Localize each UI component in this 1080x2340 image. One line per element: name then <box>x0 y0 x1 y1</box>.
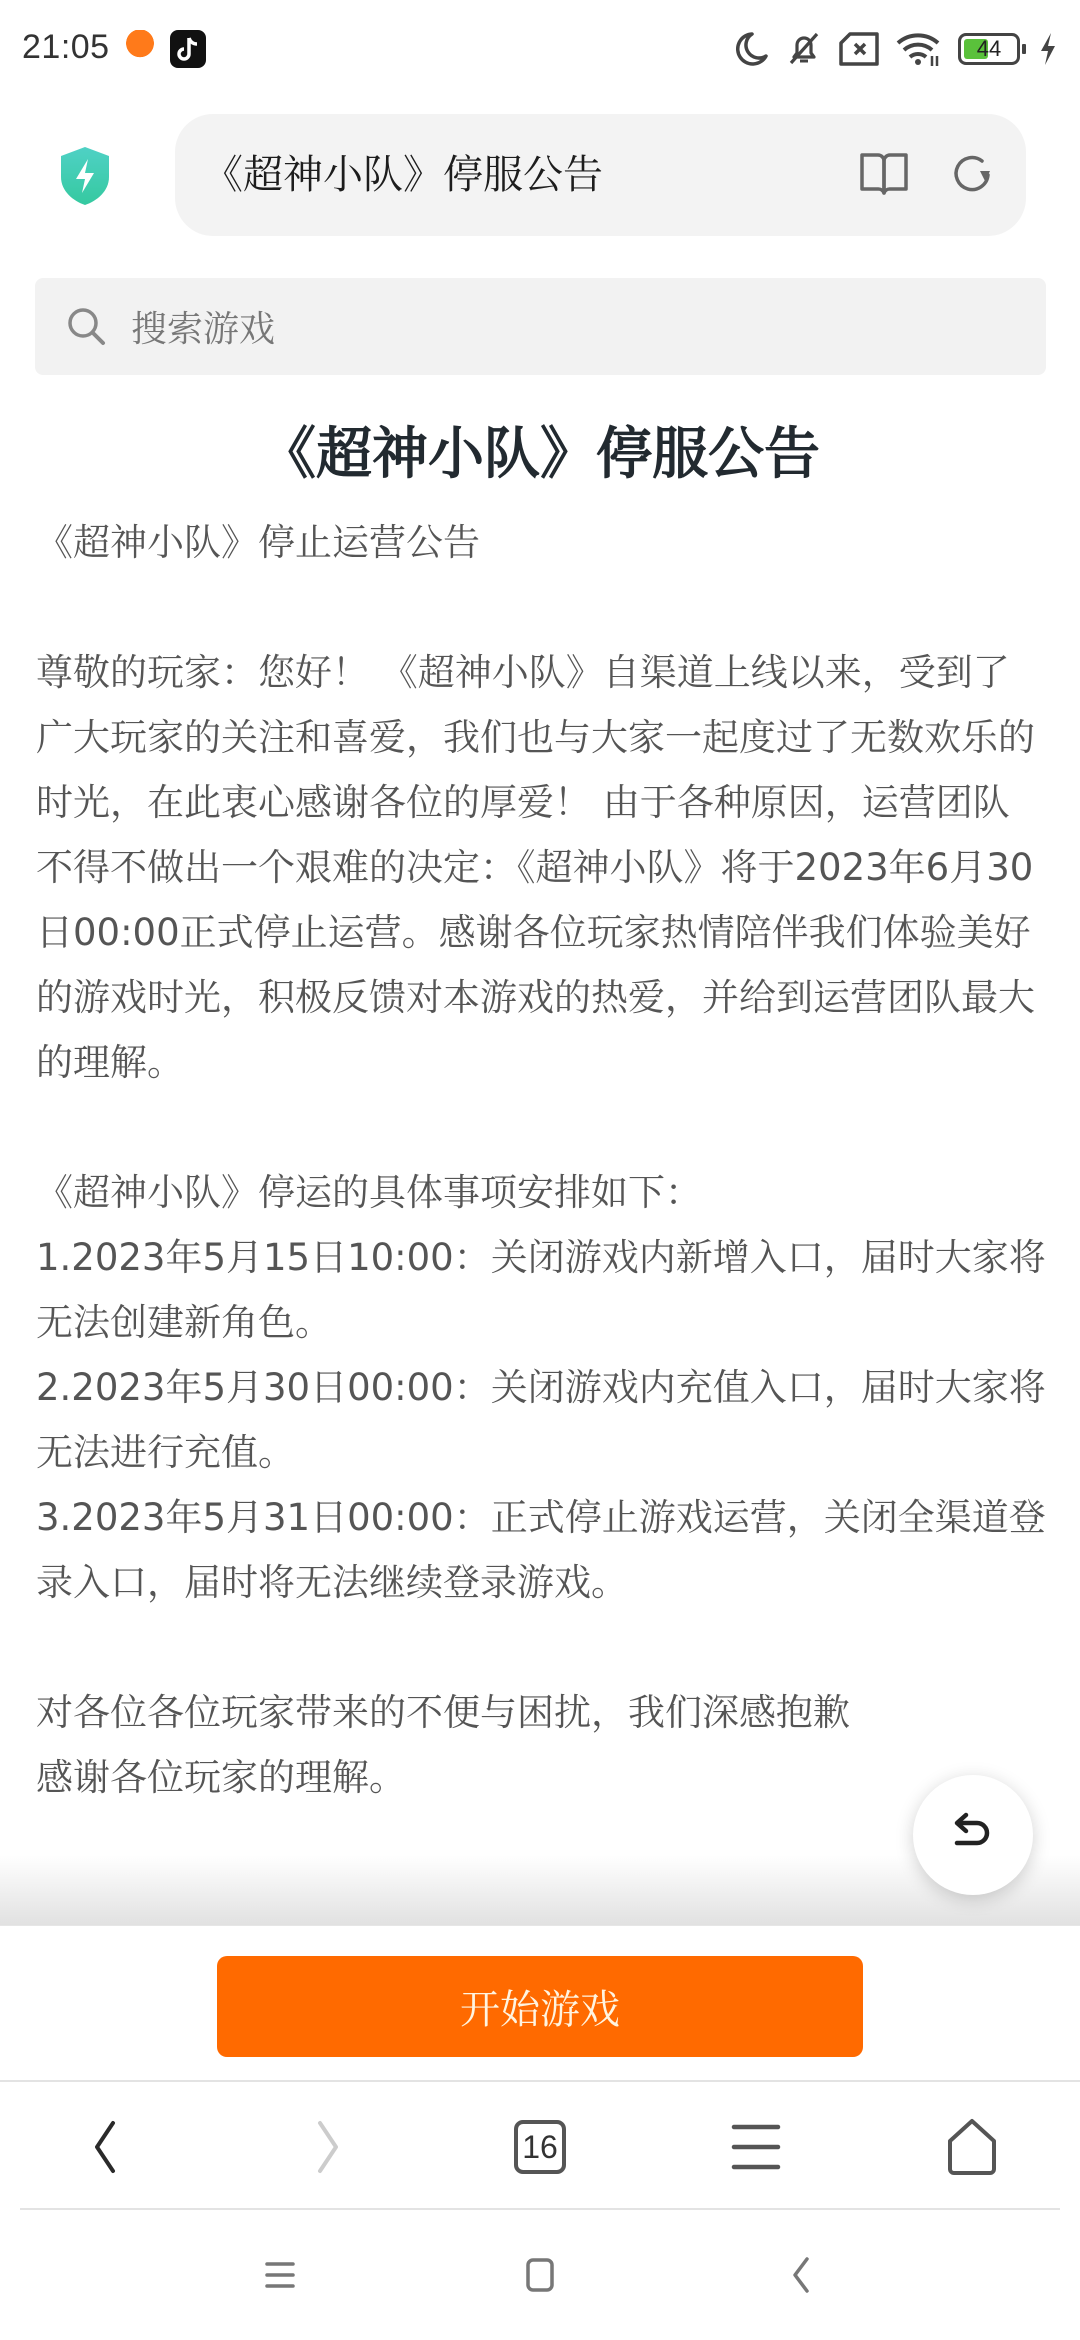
status-indicators: 44 <box>732 26 1058 72</box>
status-time: 21:05 <box>22 28 110 67</box>
article-list-item: 1.2023年5月15日10:00：关闭游戏内新增入口，届时大家将无法创建新角色… <box>36 1225 1046 1355</box>
orange-app-icon <box>122 30 158 68</box>
action-bar: 开始游戏 <box>0 1925 1080 2082</box>
floating-return-button[interactable] <box>913 1775 1033 1895</box>
status-bar: 21:05 44 <box>0 0 1080 100</box>
book-icon[interactable] <box>858 149 910 201</box>
article-paragraph: 尊敬的玩家：您好！ 《超神小队》自渠道上线以来，受到了广大玩家的关注和喜爱，我们… <box>36 640 1046 1095</box>
system-navigation-bar <box>0 2212 1080 2340</box>
chevron-right-icon <box>308 2117 348 2177</box>
address-bar[interactable]: 《超神小队》停服公告 <box>175 114 1026 236</box>
article-paragraph: 《超神小队》停运的具体事项安排如下： <box>36 1160 1046 1225</box>
charging-icon <box>1038 31 1058 67</box>
square-home-icon <box>523 2256 557 2294</box>
return-arrow-icon <box>945 1807 1001 1863</box>
article-body: 《超神小队》停止运营公告 尊敬的玩家：您好！ 《超神小队》自渠道上线以来，受到了… <box>36 510 1046 1810</box>
tabs-button[interactable]: 16 <box>480 2084 600 2210</box>
sim-x-icon <box>838 31 880 67</box>
article-subtitle: 《超神小队》停止运营公告 <box>36 510 1046 575</box>
system-recents-button[interactable] <box>220 2212 340 2338</box>
article-title: 《超神小队》停服公告 <box>0 410 1080 490</box>
tab-count-icon: 16 <box>514 2120 566 2174</box>
bell-off-icon <box>784 29 824 69</box>
browser-back-button[interactable] <box>45 2084 165 2210</box>
recents-icon <box>263 2258 297 2292</box>
home-icon <box>944 2117 1000 2177</box>
browser-toolbar: 16 <box>0 2084 1080 2210</box>
refresh-icon[interactable] <box>948 149 996 201</box>
browser-home-button[interactable] <box>912 2084 1032 2210</box>
security-shield-icon[interactable] <box>57 145 113 207</box>
article-paragraph: 感谢各位玩家的理解。 <box>36 1745 1046 1810</box>
battery-level: 44 <box>977 36 1001 62</box>
battery-icon: 44 <box>958 33 1020 65</box>
tiktok-icon <box>170 30 206 68</box>
browser-forward-button[interactable] <box>268 2084 388 2210</box>
search-input[interactable]: 搜索游戏 <box>35 278 1046 375</box>
system-back-button[interactable] <box>742 2212 862 2338</box>
system-back-icon <box>787 2255 817 2295</box>
article-list-item: 3.2023年5月31日00:00：正式停止游戏运营，关闭全渠道登录入口，届时将… <box>36 1485 1046 1615</box>
chevron-left-icon <box>85 2117 125 2177</box>
wifi-icon <box>894 30 944 68</box>
article-list-item: 2.2023年5月30日00:00：关闭游戏内充值入口，届时大家将无法进行充值。 <box>36 1355 1046 1485</box>
article-paragraph: 对各位各位玩家带来的不便与困扰，我们深感抱歉 <box>36 1680 1046 1745</box>
search-placeholder: 搜索游戏 <box>131 301 275 352</box>
browser-menu-button[interactable] <box>696 2084 816 2210</box>
bottom-fade <box>0 1855 1080 1925</box>
hamburger-menu-icon <box>730 2121 782 2173</box>
start-game-button[interactable]: 开始游戏 <box>217 1956 863 2057</box>
system-home-button[interactable] <box>480 2212 600 2338</box>
moon-icon <box>732 30 770 68</box>
search-icon <box>65 305 109 349</box>
page-title-in-address-bar[interactable]: 《超神小队》停服公告 <box>203 114 603 236</box>
